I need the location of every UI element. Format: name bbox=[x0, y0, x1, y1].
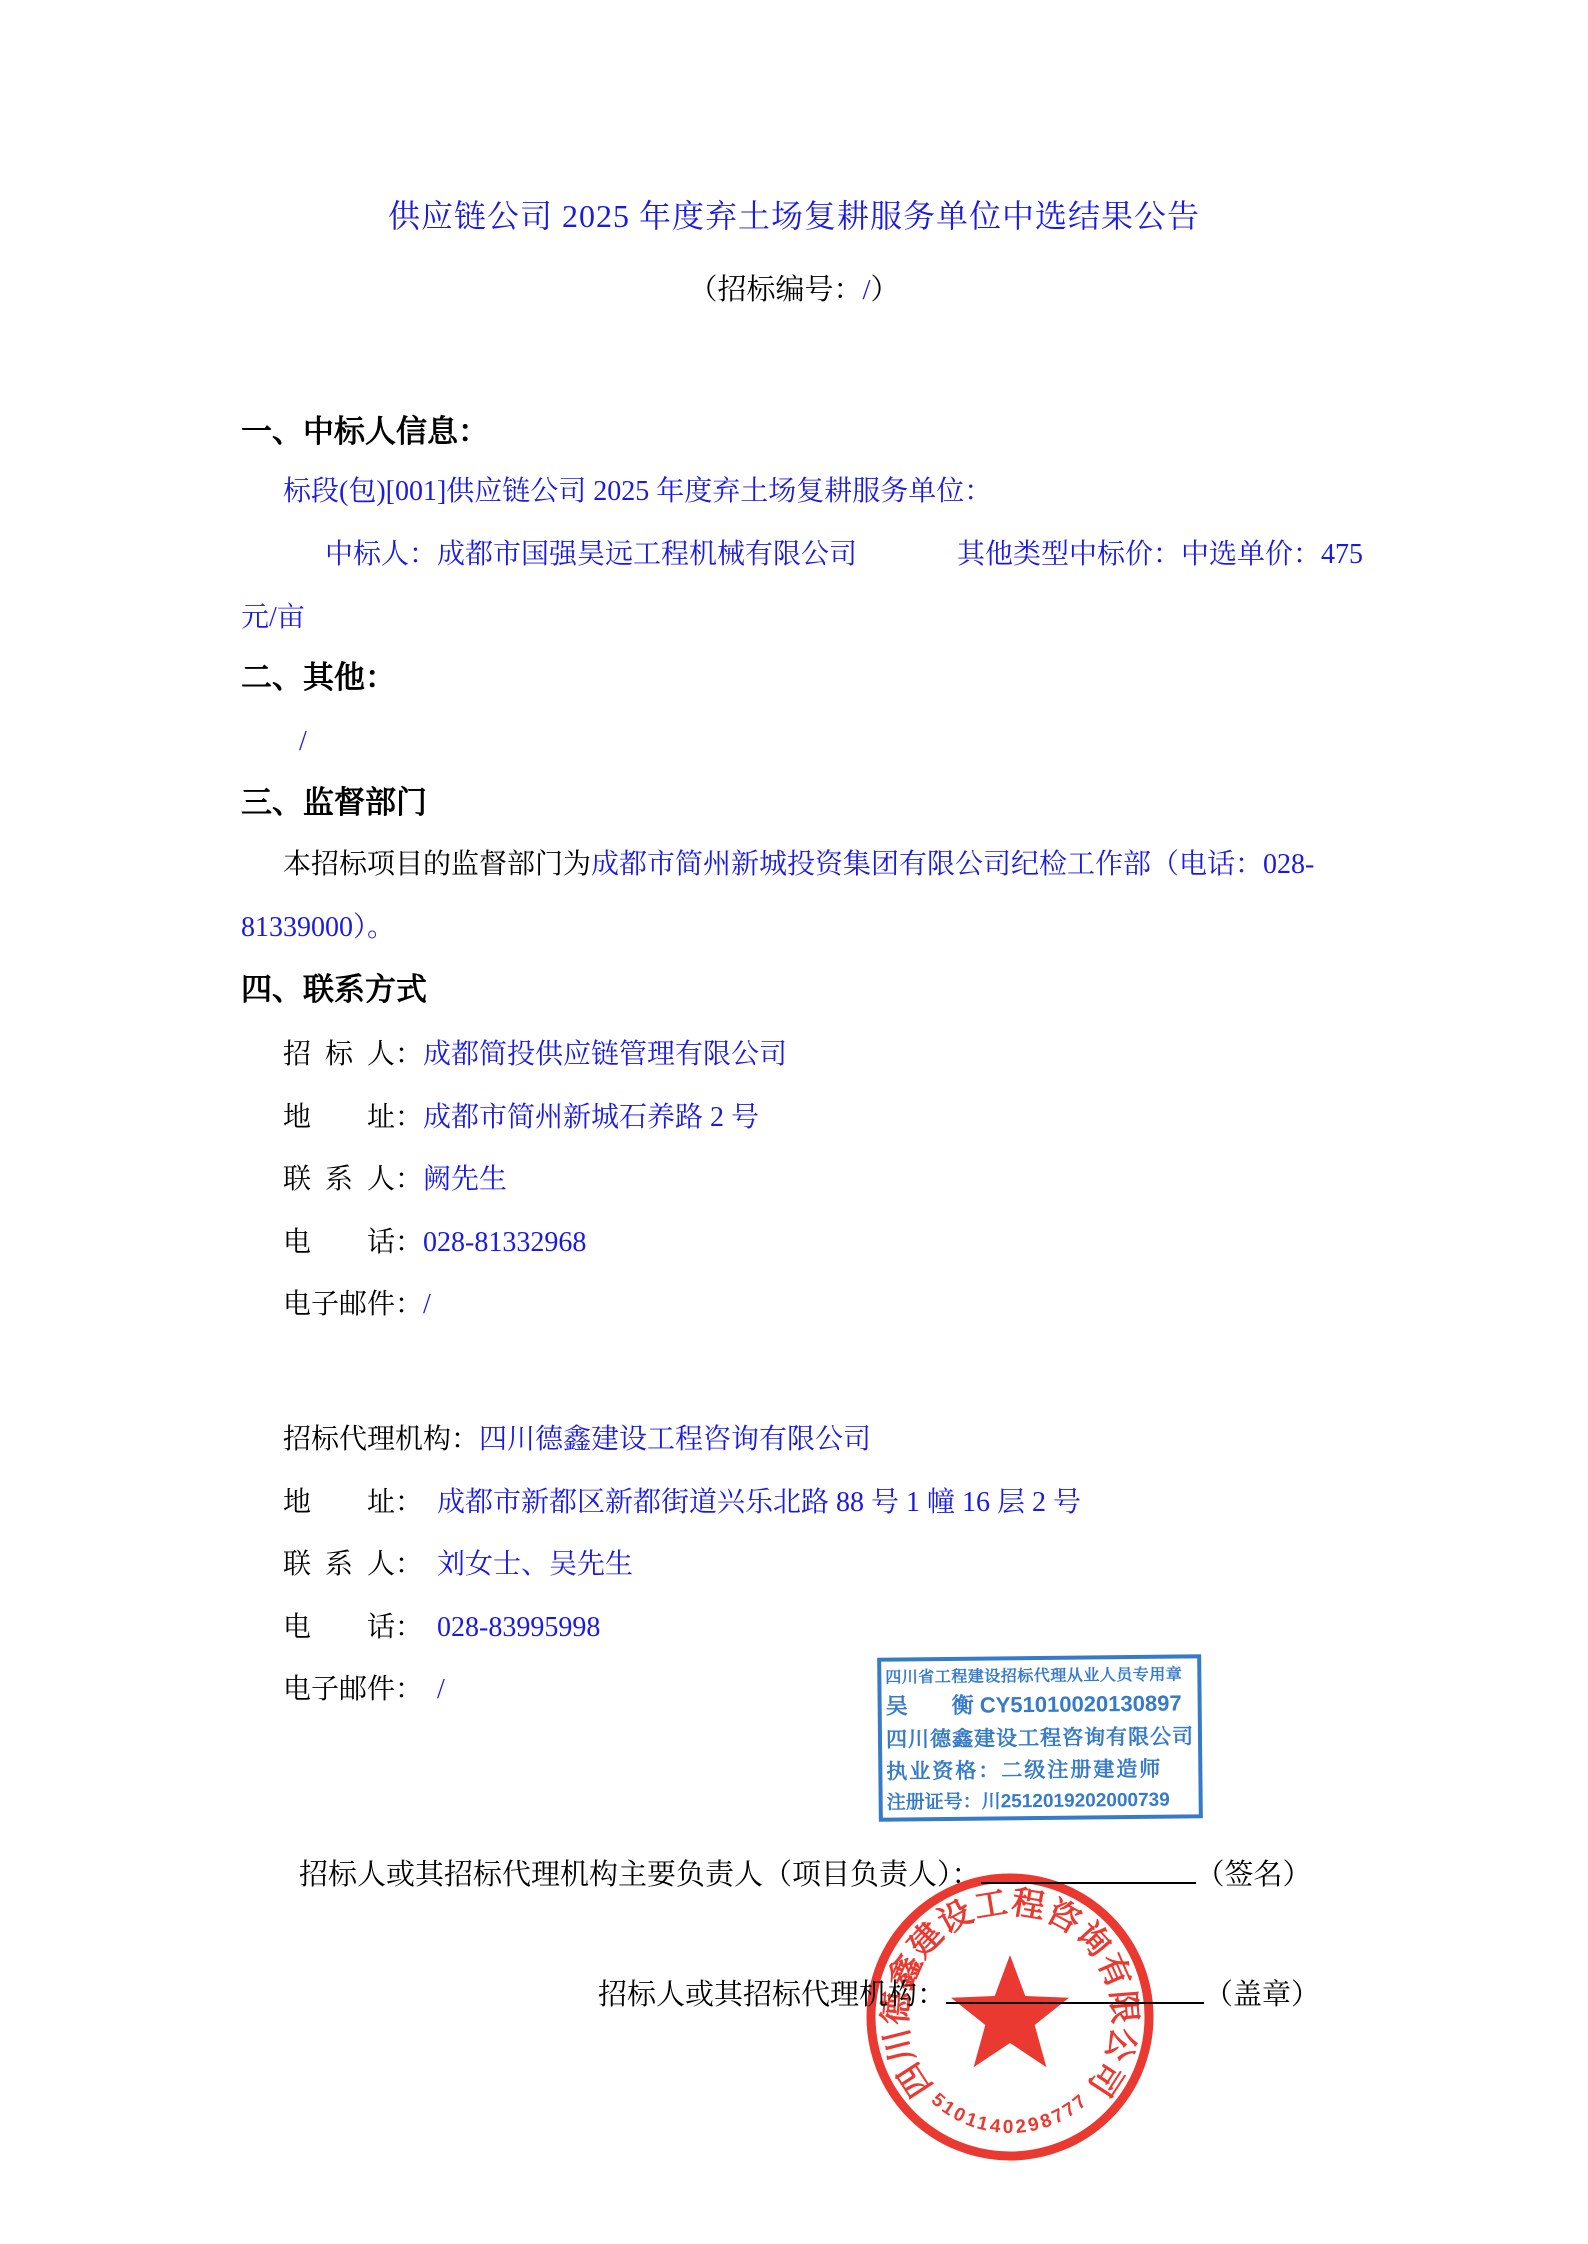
svg-text:5101140298777: 5101140298777 bbox=[927, 2089, 1093, 2138]
agent-stamp-title: 四川省工程建设招标代理从业人员专用章 bbox=[885, 1661, 1193, 1687]
lot-line: 标段(包)[001]供应链公司 2025 年度弃土场复耕服务单位： bbox=[283, 472, 992, 512]
agency-name-row: 招标代理机构：四川德鑫建设工程咨询有限公司 bbox=[283, 1420, 871, 1460]
agency-phone-value: 028-83995998 bbox=[423, 1612, 600, 1643]
agent-stamp-qualification: 执业资格：二级注册建造师 bbox=[886, 1752, 1194, 1785]
winner-line: 中标人：成都市国强昊远工程机械有限公司 bbox=[325, 535, 857, 575]
agency-email-row: 电子邮件： / bbox=[283, 1670, 445, 1710]
tenderer-contact-value: 阙先生 bbox=[423, 1164, 507, 1195]
signature-line-1-suffix: （签名） bbox=[1196, 1859, 1312, 1891]
agency-email-label: 电子邮件： bbox=[283, 1674, 423, 1705]
section-3-heading: 三、监督部门 bbox=[241, 783, 427, 823]
supervision-line-2: 81339000）。 bbox=[241, 908, 395, 948]
tenderer-contact-row: 联 系 人：阙先生 bbox=[283, 1160, 507, 1200]
tender-number-line: （招标编号：/） bbox=[0, 270, 1588, 310]
agent-stamp-company: 四川德鑫建设工程咨询有限公司 bbox=[886, 1720, 1194, 1753]
section-2-heading: 二、其他： bbox=[241, 658, 396, 698]
section-2-value: / bbox=[299, 722, 307, 762]
agent-personnel-stamp: 四川省工程建设招标代理从业人员专用章 吴 衡 CY51010020130897 … bbox=[877, 1654, 1203, 1821]
tenderer-phone-row: 电 话：028-81332968 bbox=[283, 1223, 586, 1263]
agency-email-value: / bbox=[423, 1674, 445, 1705]
agency-contact-label: 联 系 人： bbox=[283, 1549, 423, 1580]
agency-address-row: 地 址： 成都市新都区新都街道兴乐北路 88 号 1 幢 16 层 2 号 bbox=[283, 1483, 1081, 1523]
tenderer-name-value: 成都简投供应链管理有限公司 bbox=[423, 1039, 787, 1070]
price-unit-line: 元/亩 bbox=[241, 598, 305, 638]
tenderer-name-row: 招 标 人：成都简投供应链管理有限公司 bbox=[283, 1035, 787, 1075]
agency-address-value: 成都市新都区新都街道兴乐北路 88 号 1 幢 16 层 2 号 bbox=[423, 1487, 1081, 1518]
tender-number-value: / bbox=[862, 274, 870, 306]
tenderer-address-row: 地 址：成都市简州新城石养路 2 号 bbox=[283, 1098, 759, 1138]
tender-number-prefix: （招标编号： bbox=[688, 274, 862, 306]
agency-name-value: 四川德鑫建设工程咨询有限公司 bbox=[479, 1424, 871, 1455]
tenderer-contact-label: 联 系 人： bbox=[283, 1164, 423, 1195]
agency-contact-value: 刘女士、吴先生 bbox=[423, 1549, 633, 1580]
page-title: 供应链公司 2025 年度弃土场复耕服务单位中选结果公告 bbox=[0, 196, 1588, 236]
supervision-text-black: 本招标项目的监督部门为 bbox=[283, 849, 591, 880]
tenderer-phone-label: 电 话： bbox=[283, 1227, 423, 1258]
signature-line-2-suffix: （盖章） bbox=[1204, 1979, 1320, 2011]
tenderer-email-label: 电子邮件： bbox=[283, 1289, 423, 1320]
seal-code-arc-text: 5101140298777 bbox=[927, 2089, 1093, 2138]
agency-name-label: 招标代理机构： bbox=[283, 1424, 479, 1455]
seal-star-icon bbox=[951, 1955, 1069, 2067]
agency-address-label: 地 址： bbox=[283, 1487, 423, 1518]
tenderer-email-value: / bbox=[423, 1289, 431, 1320]
supervision-text-blue: 成都市简州新城投资集团有限公司纪检工作部（电话：028- bbox=[591, 849, 1314, 880]
agent-stamp-registration: 注册证号：川2512019202000739 bbox=[887, 1784, 1195, 1814]
agent-stamp-name-code: 吴 衡 CY51010020130897 bbox=[885, 1687, 1193, 1721]
agency-phone-row: 电 话： 028-83995998 bbox=[283, 1608, 600, 1648]
supervision-line-1: 本招标项目的监督部门为成都市简州新城投资集团有限公司纪检工作部（电话：028- bbox=[283, 845, 1314, 885]
company-seal-stamp: 四川德鑫建设工程咨询有限公司 5101140298777 bbox=[858, 1865, 1162, 2169]
section-4-heading: 四、联系方式 bbox=[241, 970, 427, 1010]
price-line: 其他类型中标价：中选单价：475 bbox=[957, 535, 1363, 575]
tender-number-suffix: ） bbox=[871, 274, 900, 306]
tenderer-name-label: 招 标 人： bbox=[283, 1039, 423, 1070]
tenderer-email-row: 电子邮件：/ bbox=[283, 1285, 431, 1325]
section-1-heading: 一、中标人信息： bbox=[241, 412, 489, 452]
announcement-page: 供应链公司 2025 年度弃土场复耕服务单位中选结果公告 （招标编号：/） 一、… bbox=[0, 0, 1588, 2244]
tenderer-address-label: 地 址： bbox=[283, 1102, 423, 1133]
agency-phone-label: 电 话： bbox=[283, 1612, 423, 1643]
agency-contact-row: 联 系 人： 刘女士、吴先生 bbox=[283, 1545, 633, 1585]
tenderer-phone-value: 028-81332968 bbox=[423, 1227, 586, 1258]
tenderer-address-value: 成都市简州新城石养路 2 号 bbox=[423, 1102, 759, 1133]
